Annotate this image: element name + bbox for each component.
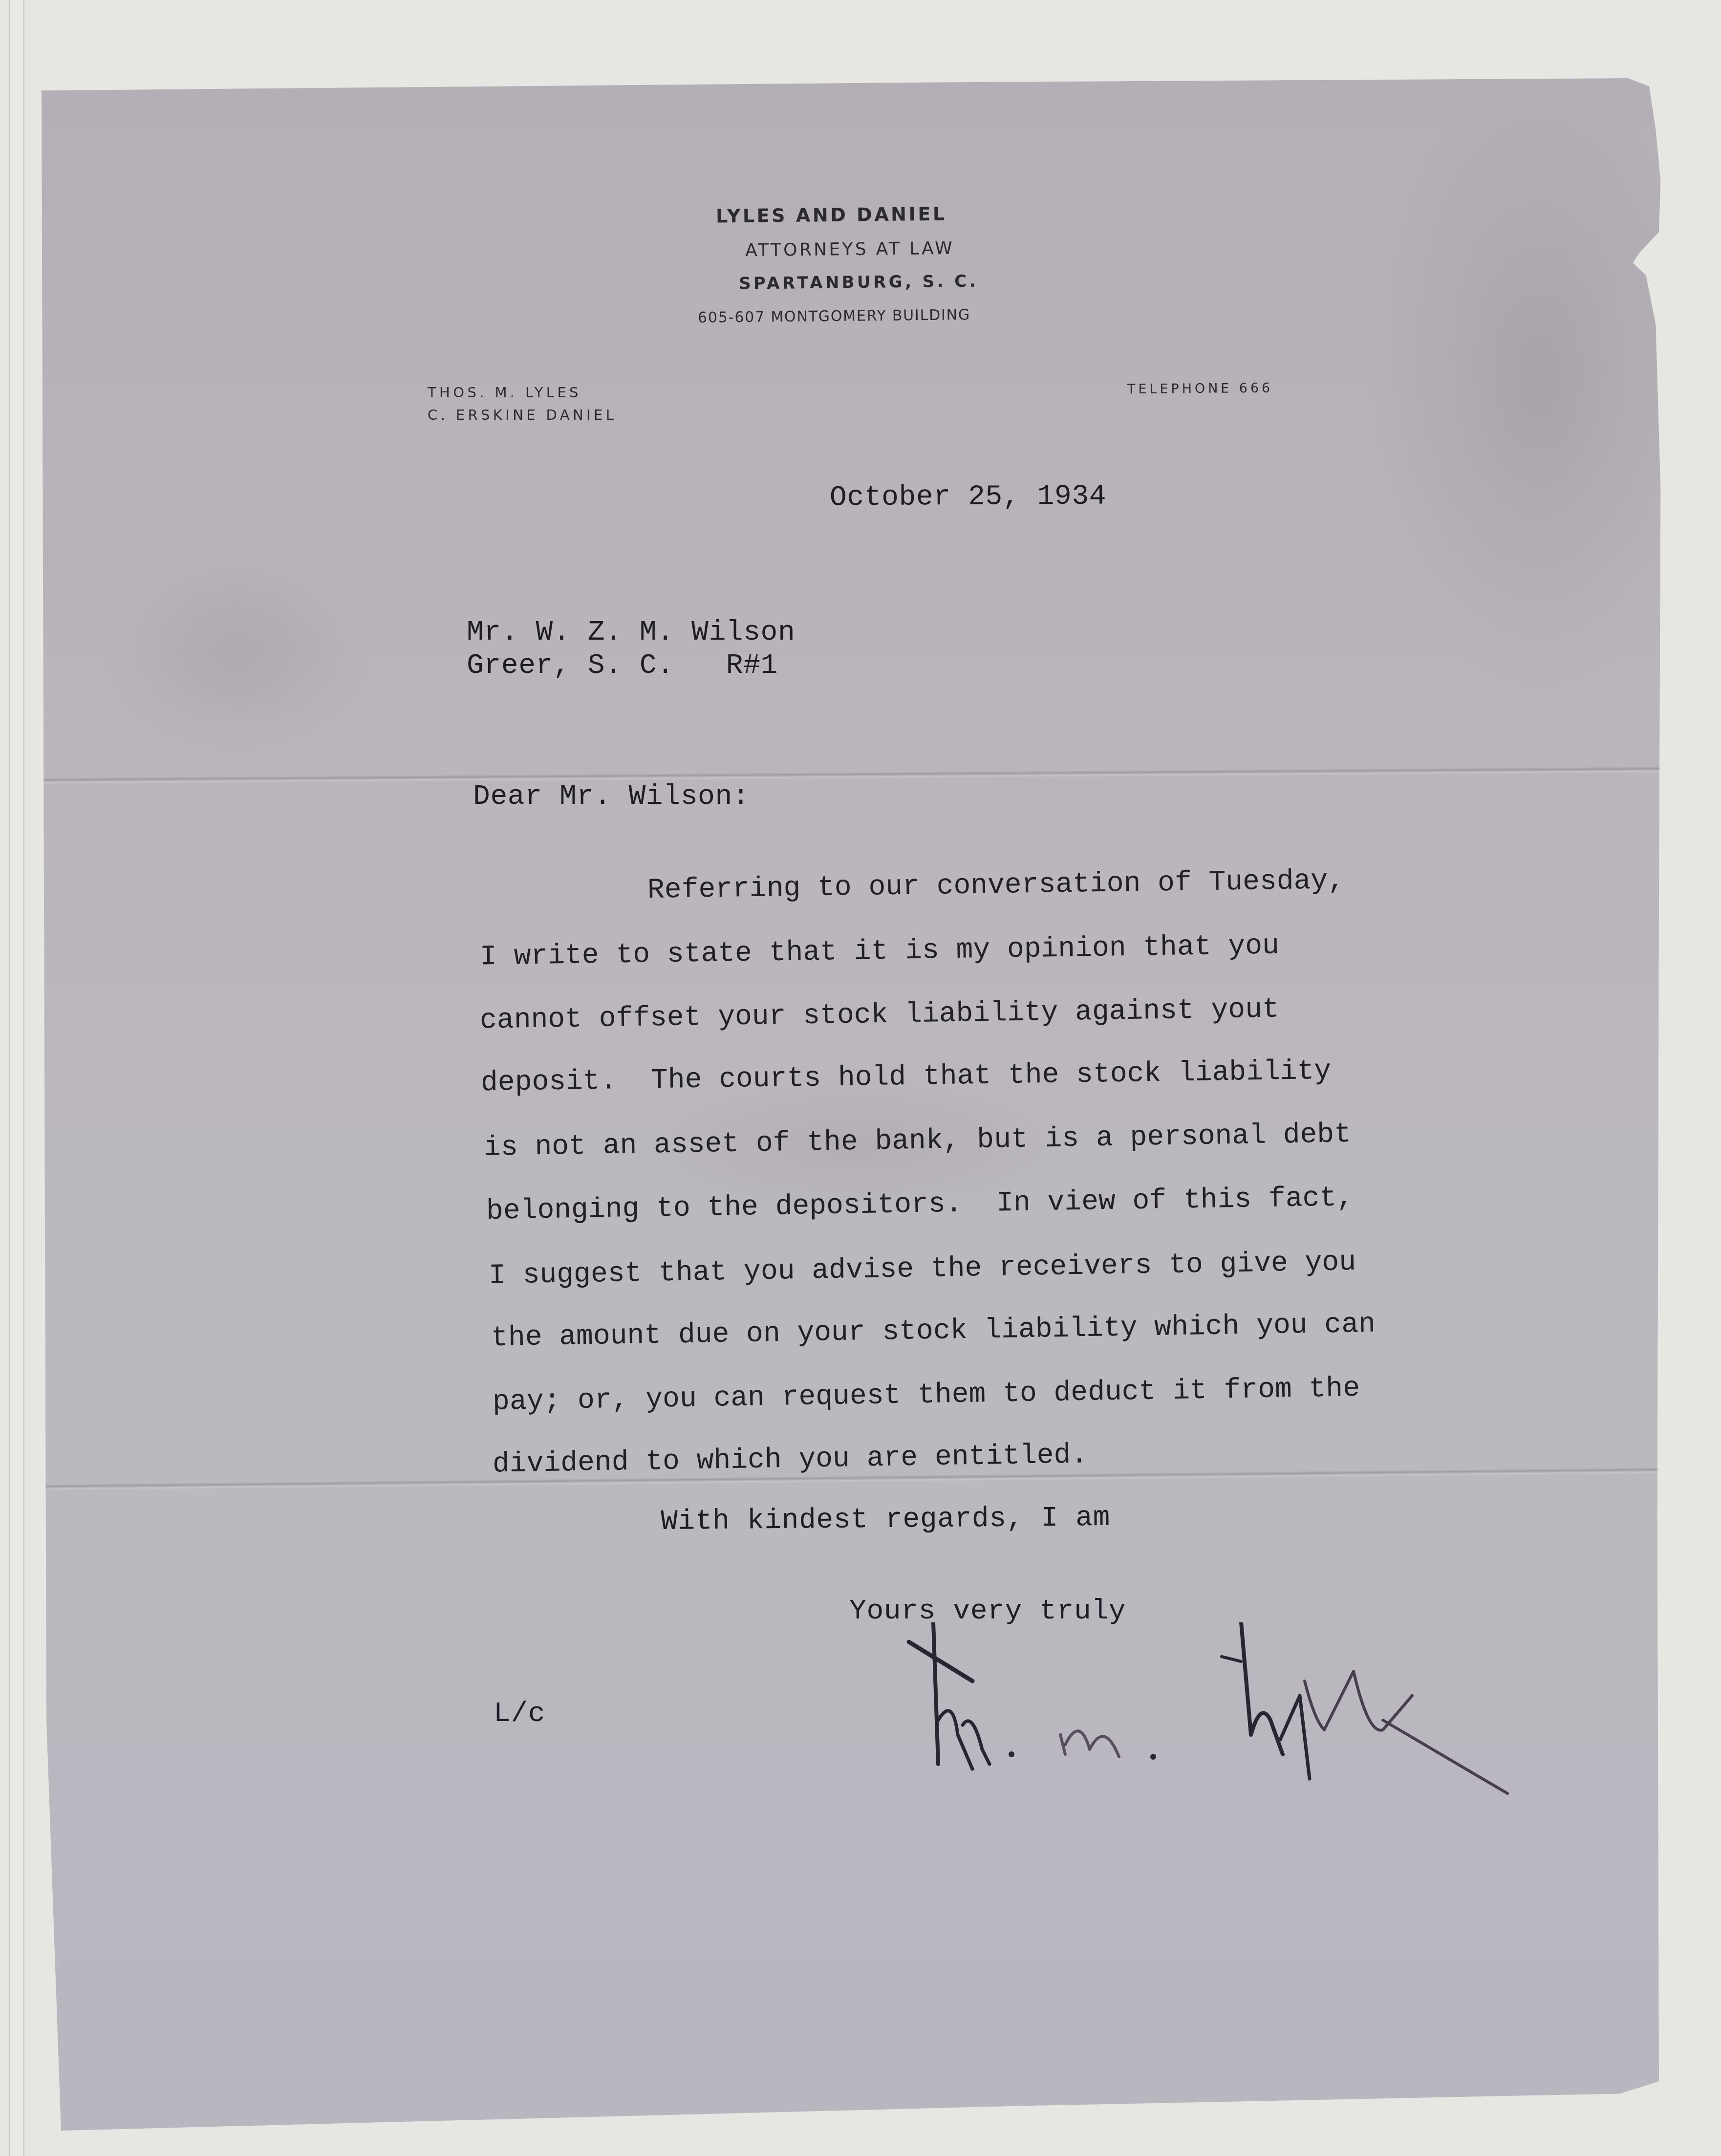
handwritten-signature: Thos. M. Lyles <box>899 1622 1510 1798</box>
closing-line: With kindest regards, I am <box>661 1502 1111 1538</box>
reference-initials: L/c <box>494 1698 545 1730</box>
letterhead-city: SPARTANBURG, S. C. <box>739 271 978 293</box>
recipient-address: Greer, S. C. R#1 <box>467 650 778 682</box>
paper-fold-upper <box>42 766 1669 784</box>
letter-date: October 25, 1934 <box>830 481 1107 514</box>
recipient-name: Mr. W. Z. M. Wilson <box>467 617 795 648</box>
mount-board-edge <box>9 0 24 2156</box>
letterhead-partner-1: THOS. M. LYLES <box>428 384 581 401</box>
letterhead-telephone: TELEPHONE 666 <box>1127 381 1273 397</box>
salutation: Dear Mr. Wilson: <box>473 781 750 813</box>
letterhead-subtitle: ATTORNEYS AT LAW <box>745 238 954 260</box>
letterhead-address: 605-607 MONTGOMERY BUILDING <box>698 306 970 326</box>
letterhead-firm-name: LYLES AND DANIEL <box>716 203 947 227</box>
letter-paper <box>42 78 1669 2131</box>
letterhead-partner-2: C. ERSKINE DANIEL <box>428 407 617 423</box>
